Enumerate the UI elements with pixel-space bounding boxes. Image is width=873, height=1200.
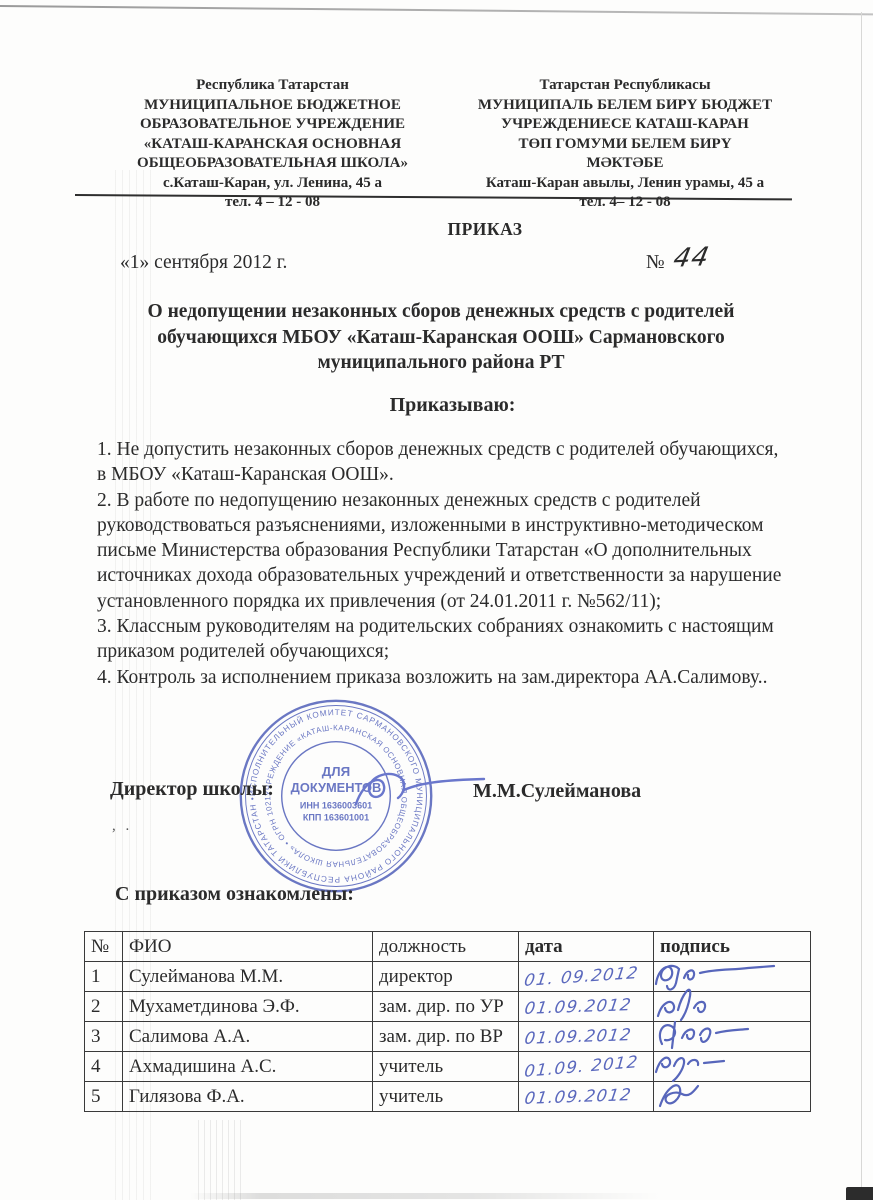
- scanned-order-document: Республика Татарстан МУНИЦИПАЛЬНОЕ БЮДЖЕ…: [0, 0, 873, 1200]
- letterhead-line: ТӨП ГОМУМИ БЕЛЕМ БИРҮ: [450, 135, 800, 155]
- subject-line: О недопущении незаконных сборов денежных…: [95, 299, 787, 325]
- row-name: Салимова А.А.: [123, 1022, 373, 1052]
- letterhead-line: Татарстан Республикасы: [450, 76, 800, 96]
- letterhead-line: УЧРЕЖДЕНИЕСЕ КАТАШ-КАРАН: [450, 115, 800, 135]
- col-header-date: дата: [519, 932, 654, 962]
- letterhead-line: Республика Татарстан: [95, 76, 450, 96]
- row-date-handwritten: 01. 09.2012: [519, 962, 654, 992]
- letterhead-line: ОБЩЕОБРАЗОВАТЕЛЬНАЯ ШКОЛА»: [95, 154, 450, 174]
- table-row: 5 Гилязова Ф.А. учитель 01.09.2012: [85, 1082, 811, 1112]
- row-name: Ахмадишина А.С.: [123, 1052, 373, 1082]
- table-header-row: № ФИО должность дата подпись: [85, 932, 811, 962]
- decree-word: Приказываю:: [95, 394, 810, 417]
- row-num: 4: [85, 1052, 123, 1082]
- row-num: 2: [85, 992, 123, 1022]
- letterhead-line: МӘКТӘБЕ: [450, 154, 800, 174]
- letterhead-address: с.Каташ-Каран, ул. Ленина, 45 а: [95, 174, 450, 194]
- subject-line: обучающихся МБОУ «Каташ-Каранская ООШ» С…: [95, 325, 787, 351]
- col-header-signature: подпись: [654, 932, 811, 962]
- order-item-3: 3. Классным руководителям на родительски…: [97, 614, 789, 665]
- row-name: Гилязова Ф.А.: [123, 1082, 373, 1112]
- table-row: 1 Сулейманова М.М. директор 01. 09.2012: [85, 962, 811, 992]
- row-position: учитель: [373, 1082, 519, 1112]
- scan-stray-marks: , .: [112, 818, 132, 835]
- order-body: 1. Не допустить незаконных сборов денежн…: [97, 437, 789, 690]
- row-name: Мухаметдинова Э.Ф.: [123, 992, 373, 1022]
- row-signature: [654, 1082, 811, 1112]
- table-row: 4 Ахмадишина А.С. учитель 01.09. 2012: [85, 1052, 811, 1082]
- row-signature: [654, 992, 811, 1022]
- row-signature: [654, 962, 811, 992]
- letterhead-line: «КАТАШ-КАРАНСКАЯ ОСНОВНАЯ: [95, 135, 450, 155]
- row-num: 3: [85, 1022, 123, 1052]
- order-item-1: 1. Не допустить незаконных сборов денежн…: [97, 437, 789, 488]
- table-row: 3 Салимова А.А. зам. дир. по ВР 01.09.20…: [85, 1022, 811, 1052]
- scan-edge-line: [0, 5, 873, 15]
- order-item-2: 2. В работе по недопущению незаконных де…: [97, 488, 789, 614]
- letterhead: Республика Татарстан МУНИЦИПАЛЬНОЕ БЮДЖЕ…: [95, 76, 800, 213]
- row-name: Сулейманова М.М.: [123, 962, 373, 992]
- scan-noise-streak: [196, 1120, 246, 1200]
- letterhead-tatar: Татарстан Республикасы МУНИЦИПАЛЬ БЕЛЕМ …: [450, 76, 800, 213]
- signature-icon: [648, 1078, 728, 1114]
- col-header-position: должность: [373, 932, 519, 962]
- row-signature: [654, 1022, 811, 1052]
- row-signature: [654, 1052, 811, 1082]
- director-name: М.М.Сулейманова: [473, 780, 641, 803]
- order-subject: О недопущении незаконных сборов денежных…: [95, 299, 787, 376]
- row-date-handwritten: 01.09.2012: [519, 992, 654, 1022]
- row-date-handwritten: 01.09.2012: [519, 1082, 654, 1112]
- acknowledged-heading: С приказом ознакомлены:: [115, 883, 354, 906]
- order-date: «1» сентября 2012 г.: [120, 252, 287, 274]
- director-signature: [338, 762, 488, 817]
- subject-line: муниципального района РТ: [95, 350, 787, 376]
- col-header-name: ФИО: [123, 932, 373, 962]
- col-header-num: №: [85, 932, 123, 962]
- row-position: директор: [373, 962, 519, 992]
- acknowledgement-table: № ФИО должность дата подпись 1 Сулеймано…: [84, 931, 811, 1112]
- row-num: 5: [85, 1082, 123, 1112]
- row-position: зам. дир. по УР: [373, 992, 519, 1022]
- scan-bottom-smudge: [190, 1193, 660, 1199]
- letterhead-line: МУНИЦИПАЛЬНОЕ БЮДЖЕТНОЕ: [95, 96, 450, 116]
- letterhead-address: Каташ-Каран авылы, Ленин урамы, 45 а: [450, 174, 800, 194]
- row-position: учитель: [373, 1052, 519, 1082]
- scan-corner-shadow: [846, 1187, 873, 1200]
- scan-edge-right: [861, 12, 862, 1197]
- row-date-handwritten: 01.09. 2012: [519, 1052, 654, 1082]
- order-title: ПРИКАЗ: [185, 219, 785, 240]
- row-num: 1: [85, 962, 123, 992]
- row-date-handwritten: 01.09.2012: [519, 1022, 654, 1052]
- table-row: 2 Мухаметдинова Э.Ф. зам. дир. по УР 01.…: [85, 992, 811, 1022]
- letterhead-russian: Республика Татарстан МУНИЦИПАЛЬНОЕ БЮДЖЕ…: [95, 76, 450, 213]
- order-item-4: 4. Контроль за исполнением приказа возло…: [97, 665, 789, 690]
- order-number-label: №: [646, 252, 665, 274]
- letterhead-line: МУНИЦИПАЛЬ БЕЛЕМ БИРҮ БЮДЖЕТ: [450, 96, 800, 116]
- letterhead-line: ОБРАЗОВАТЕЛЬНОЕ УЧРЕЖДЕНИЕ: [95, 115, 450, 135]
- row-position: зам. дир. по ВР: [373, 1022, 519, 1052]
- order-number-handwritten: 44: [671, 242, 712, 274]
- director-label: Директор школы:: [110, 778, 274, 801]
